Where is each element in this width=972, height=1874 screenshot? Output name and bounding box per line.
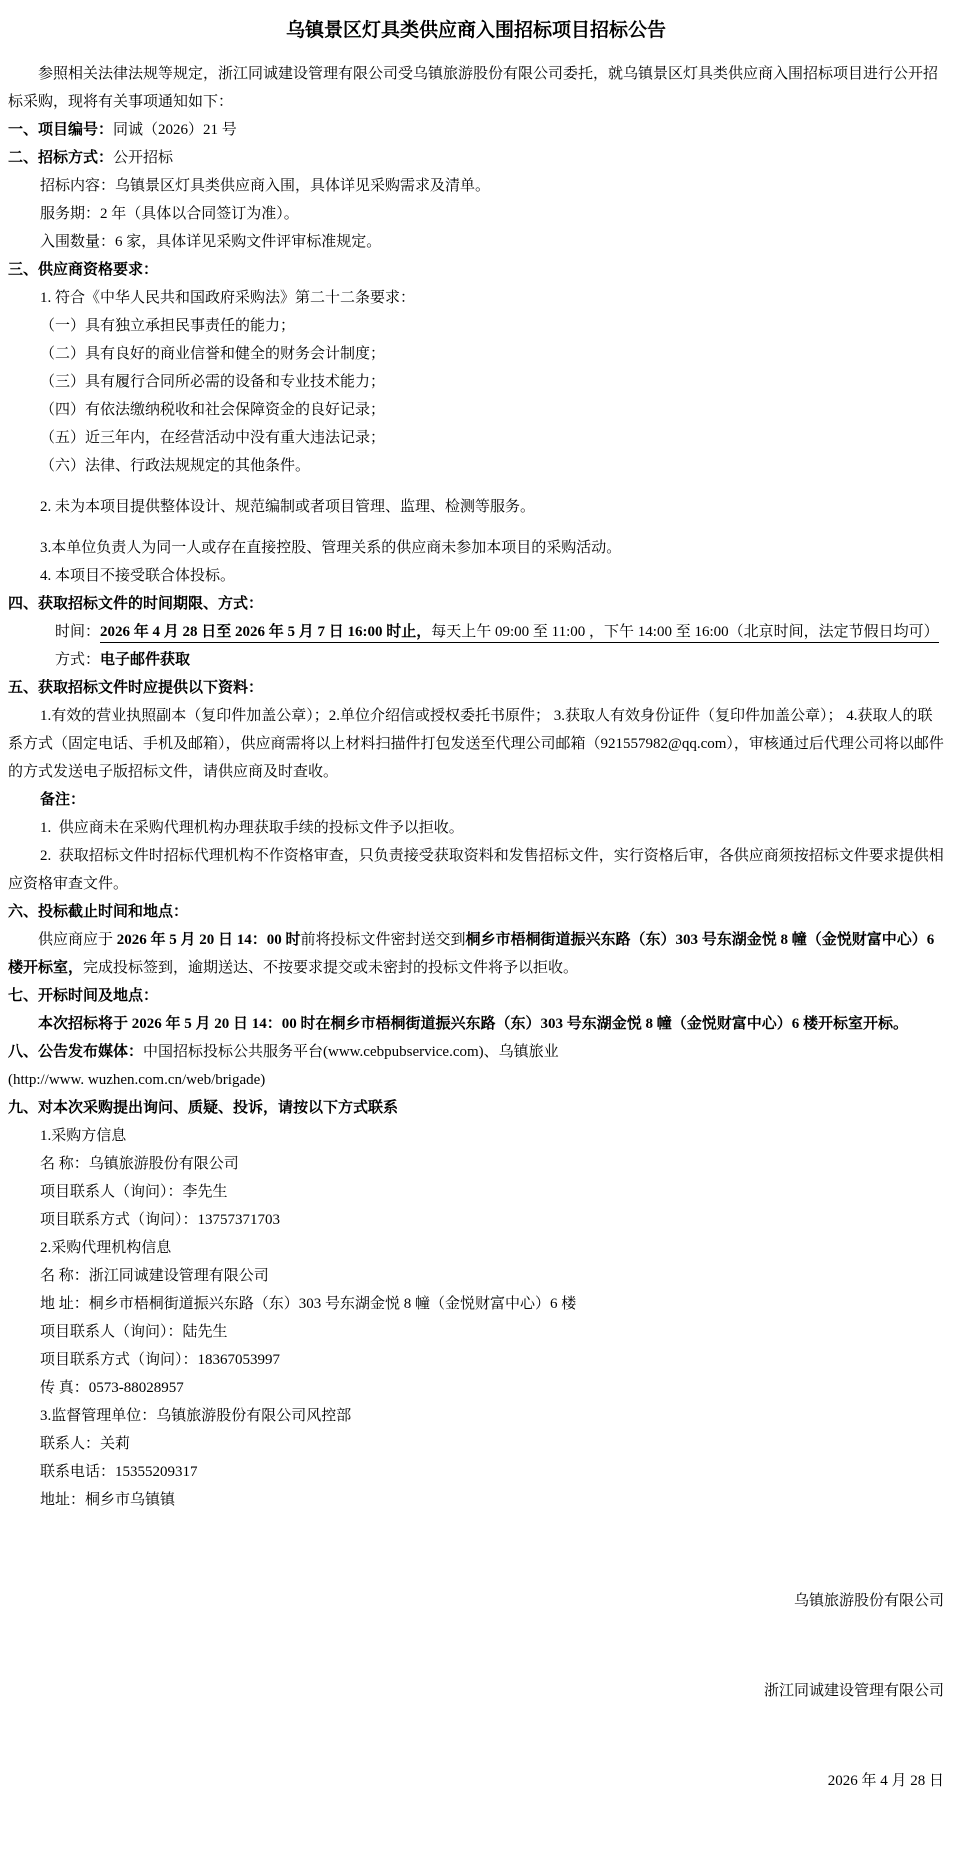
agency-name: 名 称：浙江同诚建设管理有限公司 xyxy=(8,1262,944,1290)
document-time-line: 时间：2026 年 4 月 28 日至 2026 年 5 月 7 日 16:00… xyxy=(8,618,944,646)
section-7-label: 七、开标时间及地点： xyxy=(8,988,158,1004)
section-9-heading: 九、对本次采购提出询问、质疑、投诉，请按以下方式联系 xyxy=(8,1094,944,1122)
section-1-label: 一、项目编号： xyxy=(8,122,113,138)
supervisor-address: 地址：桐乡市乌镇镇 xyxy=(8,1486,944,1514)
purchaser-name: 名 称：乌镇旅游股份有限公司 xyxy=(8,1150,944,1178)
section-3-label: 三、供应商资格要求： xyxy=(8,262,158,278)
section-2-label: 二、招标方式： xyxy=(8,150,113,166)
shortlist-count-line: 入围数量：6 家，具体详见采购文件评审标准规定。 xyxy=(8,228,944,256)
required-materials-paragraph: 1.有效的营业执照副本（复印件加盖公章）；2.单位介绍信或授权委托书原件； 3.… xyxy=(8,702,944,786)
method-label: 方式： xyxy=(55,652,100,668)
section-8-label: 八、公告发布媒体： xyxy=(8,1044,143,1060)
qualification-item: （二）具有良好的商业信誉和健全的财务会计制度； xyxy=(8,340,944,368)
deadline-text-end: 完成投标签到，逾期送达、不按要求提交或未密封的投标文件将予以拒收。 xyxy=(83,960,578,976)
section-5-label: 五、获取招标文件时应提供以下资料： xyxy=(8,680,263,696)
section-2-heading: 二、招标方式：公开招标 xyxy=(8,144,944,172)
remark-label: 备注： xyxy=(8,786,944,814)
section-6-heading: 六、投标截止时间和地点： xyxy=(8,898,944,926)
page-title: 乌镇景区灯具类供应商入围招标项目招标公告 xyxy=(8,18,944,44)
section-6-label: 六、投标截止时间和地点： xyxy=(8,904,188,920)
agency-contact-phone: 项目联系方式（询问）：18367053997 xyxy=(8,1346,944,1374)
purchaser-info-heading: 1.采购方信息 xyxy=(8,1122,944,1150)
supervisor-contact-person: 联系人：关莉 xyxy=(8,1430,944,1458)
deadline-text-mid: 前将投标文件密封送交到 xyxy=(301,932,466,948)
qualification-item: （四）有依法缴纳税收和社会保障资金的良好记录； xyxy=(8,396,944,424)
intro-paragraph: 参照相关法律法规等规定，浙江同诚建设管理有限公司受乌镇旅游股份有限公司委托，就乌… xyxy=(8,60,944,116)
section-9-label: 九、对本次采购提出询问、质疑、投诉，请按以下方式联系 xyxy=(8,1100,398,1116)
tender-announcement-document: 乌镇景区灯具类供应商入围招标项目招标公告 参照相关法律法规等规定，浙江同诚建设管… xyxy=(0,0,972,1874)
remark-item: 2. 获取招标文件时招标代理机构不作资格审查，只负责接受获取资料和发售招标文件，… xyxy=(8,842,944,898)
bid-opening-paragraph: 本次招标将于 2026 年 5 月 20 日 14：00 时在桐乡市梧桐街道振兴… xyxy=(8,1010,944,1038)
qualification-item: 2. 未为本项目提供整体设计、规范编制或者项目管理、监理、检测等服务。 xyxy=(8,493,944,521)
purchaser-contact-phone: 项目联系方式（询问）：13757371703 xyxy=(8,1206,944,1234)
qualification-item: （六）法律、行政法规规定的其他条件。 xyxy=(8,452,944,480)
deadline-text-start: 供应商应于 xyxy=(38,932,117,948)
method-value: 电子邮件获取 xyxy=(100,652,190,668)
remark-label-text: 备注： xyxy=(40,792,85,808)
time-range-bold: 2026 年 4 月 28 日至 2026 年 5 月 7 日 16:00 时止… xyxy=(100,624,431,640)
purchaser-contact-person: 项目联系人（询问）：李先生 xyxy=(8,1178,944,1206)
section-4-label: 四、获取招标文件的时间期限、方式： xyxy=(8,596,263,612)
supervisor-unit: 3.监督管理单位：乌镇旅游股份有限公司风控部 xyxy=(8,1402,944,1430)
document-method-line: 方式：电子邮件获取 xyxy=(8,646,944,674)
tender-content-line: 招标内容：乌镇景区灯具类供应商入围，具体详见采购需求及清单。 xyxy=(8,172,944,200)
signature-purchaser: 乌镇旅游股份有限公司 xyxy=(8,1586,944,1616)
section-7-heading: 七、开标时间及地点： xyxy=(8,982,944,1010)
agency-info-heading: 2.采购代理机构信息 xyxy=(8,1234,944,1262)
signature-date: 2026 年 4 月 28 日 xyxy=(8,1766,944,1796)
project-number-value: 同诚（2026）21 号 xyxy=(113,122,237,138)
agency-fax: 传 真：0573-88028957 xyxy=(8,1374,944,1402)
tender-method-value: 公开招标 xyxy=(113,150,173,166)
time-range-rest: 每天上午 09:00 至 11:00 ，下午 14:00 至 16:00（北京时… xyxy=(431,624,938,640)
agency-contact-person: 项目联系人（询问）：陆先生 xyxy=(8,1318,944,1346)
qualification-item: 3.本单位负责人为同一人或存在直接控股、管理关系的供应商未参加本项目的采购活动。 xyxy=(8,534,944,562)
signature-agency: 浙江同诚建设管理有限公司 xyxy=(8,1676,944,1706)
signature-block: 乌镇旅游股份有限公司 浙江同诚建设管理有限公司 2026 年 4 月 28 日 xyxy=(8,1526,944,1856)
qualification-item: 4. 本项目不接受联合体投标。 xyxy=(8,562,944,590)
qualification-item: （三）具有履行合同所必需的设备和专业技术能力； xyxy=(8,368,944,396)
section-4-heading: 四、获取招标文件的时间期限、方式： xyxy=(8,590,944,618)
qualification-item: 1. 符合《中华人民共和国政府采购法》第二十二条要求： xyxy=(8,284,944,312)
section-8-heading: 八、公告发布媒体：中国招标投标公共服务平台(www.cebpubservice.… xyxy=(8,1038,944,1066)
time-range-underlined: 2026 年 4 月 28 日至 2026 年 5 月 7 日 16:00 时止… xyxy=(100,624,939,643)
section-1-heading: 一、项目编号：同诚（2026）21 号 xyxy=(8,116,944,144)
service-period-line: 服务期：2 年（具体以合同签订为准）。 xyxy=(8,200,944,228)
qualification-item: （五）近三年内，在经营活动中没有重大违法记录； xyxy=(8,424,944,452)
deadline-datetime: 2026 年 5 月 20 日 14：00 时 xyxy=(117,932,301,948)
supervisor-phone: 联系电话：15355209317 xyxy=(8,1458,944,1486)
section-5-heading: 五、获取招标文件时应提供以下资料： xyxy=(8,674,944,702)
section-3-heading: 三、供应商资格要求： xyxy=(8,256,944,284)
qualification-item: （一）具有独立承担民事责任的能力； xyxy=(8,312,944,340)
publish-media-value: 中国招标投标公共服务平台(www.cebpubservice.com)、乌镇旅业 xyxy=(143,1044,559,1060)
publish-media-url: (http://www. wuzhen.com.cn/web/brigade) xyxy=(8,1066,944,1094)
bid-deadline-paragraph: 供应商应于 2026 年 5 月 20 日 14：00 时前将投标文件密封送交到… xyxy=(8,926,944,982)
agency-address: 地 址：桐乡市梧桐街道振兴东路（东）303 号东湖金悦 8 幢（金悦财富中心）6… xyxy=(8,1290,944,1318)
time-label: 时间： xyxy=(55,624,100,640)
remark-item: 1. 供应商未在采购代理机构办理获取手续的投标文件予以拒收。 xyxy=(8,814,944,842)
